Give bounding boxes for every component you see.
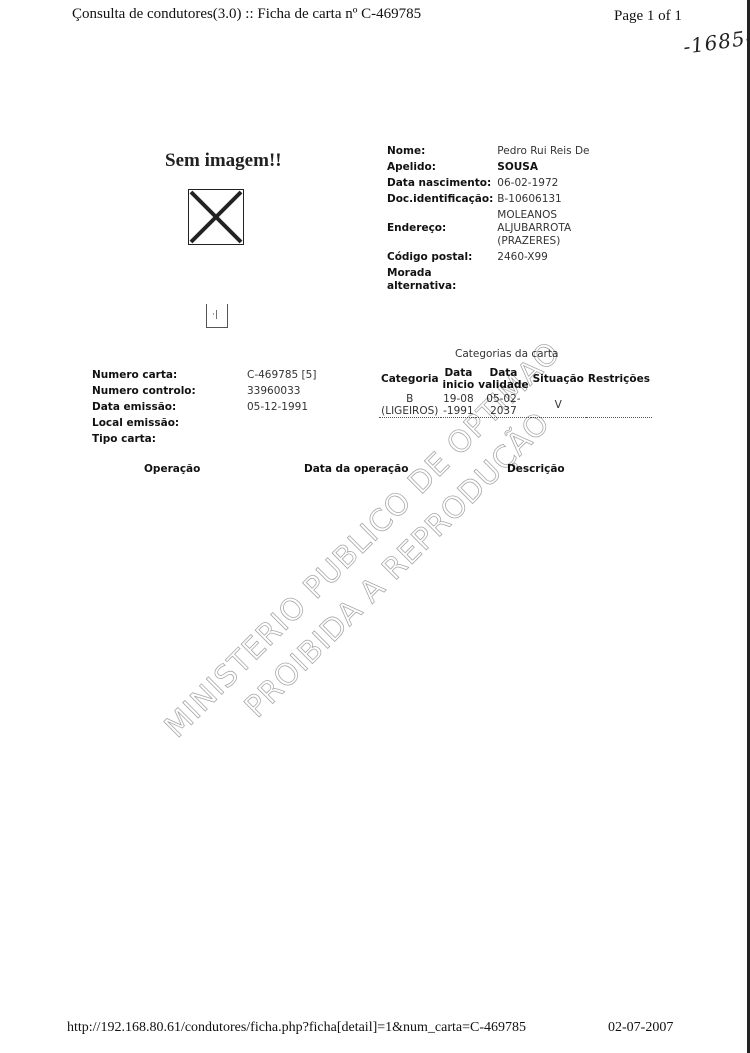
info-row: Morada alternativa: — [387, 267, 607, 296]
info-row: Endereço: MOLEANOS ALJUBARROTA (PRAZERES… — [387, 209, 607, 251]
cell-categoria: B (LIGEIROS) — [379, 391, 441, 418]
field-value-numero-controlo: 33960033 — [247, 385, 316, 401]
field-label: Numero controlo: — [92, 385, 247, 401]
field-value-doc-identificacao: B-10606131 — [497, 193, 607, 209]
field-value-morada-alternativa — [497, 267, 607, 296]
field-value-numero-carta: C-469785 [5] — [247, 369, 316, 385]
field-value-data-emissao: 05-12-1991 — [247, 401, 316, 417]
cell-restricoes — [586, 391, 652, 418]
info-row: Data emissão: 05-12-1991 — [92, 401, 316, 417]
field-value-nome: Pedro Rui Reis De — [497, 145, 607, 161]
column-header: Data inicio — [441, 367, 477, 391]
no-image-label: Sem imagem!! — [165, 150, 282, 172]
small-caret-icon: ·| — [212, 310, 218, 320]
field-label: Data emissão: — [92, 401, 247, 417]
column-header-operacao: Operação — [144, 463, 200, 475]
field-label: Nome: — [387, 145, 497, 161]
handwritten-note: -1685- — [682, 25, 750, 59]
info-row: Tipo carta: — [92, 433, 316, 449]
field-value-data-nascimento: 06-02-1972 — [497, 177, 607, 193]
license-info-table: Numero carta: C-469785 [5] Numero contro… — [92, 369, 316, 449]
personal-info-table: Nome: Pedro Rui Reis De Apelido: SOUSA D… — [387, 145, 607, 296]
column-header: Categoria — [379, 367, 441, 391]
field-label: Doc.identificação: — [387, 193, 497, 209]
field-value-endereco: MOLEANOS ALJUBARROTA (PRAZERES) — [497, 209, 607, 251]
footer-date: 02-07-2007 — [608, 1020, 673, 1036]
info-row: Apelido: SOUSA — [387, 161, 607, 177]
info-row: Data nascimento: 06-02-1972 — [387, 177, 607, 193]
field-label: Local emissão: — [92, 417, 247, 433]
field-label: Tipo carta: — [92, 433, 247, 449]
field-label: Endereço: — [387, 209, 497, 251]
info-row: Código postal: 2460-X99 — [387, 251, 607, 267]
field-label: Morada alternativa: — [387, 267, 497, 296]
field-value-codigo-postal: 2460-X99 — [497, 251, 607, 267]
field-value-tipo-carta — [247, 433, 316, 449]
image-upload-button[interactable]: ·| — [206, 304, 228, 328]
field-label: Numero carta: — [92, 369, 247, 385]
field-label: Data nascimento: — [387, 177, 497, 193]
broken-image-x-icon — [188, 189, 244, 245]
field-label: Código postal: — [387, 251, 497, 267]
info-row: Doc.identificação: B-10606131 — [387, 193, 607, 209]
info-row: Numero controlo: 33960033 — [92, 385, 316, 401]
info-row: Local emissão: — [92, 417, 316, 433]
field-label: Apelido: — [387, 161, 497, 177]
info-row: Numero carta: C-469785 [5] — [92, 369, 316, 385]
info-row: Nome: Pedro Rui Reis De — [387, 145, 607, 161]
page-indicator: Page 1 of 1 — [614, 8, 682, 25]
document-title: Çonsulta de condutores(3.0) :: Ficha de … — [72, 6, 421, 23]
footer-url: http://192.168.80.61/condutores/ficha.ph… — [67, 1020, 526, 1036]
field-value-apelido: SOUSA — [497, 161, 607, 177]
field-value-local-emissao — [247, 417, 316, 433]
column-header-data-operacao: Data da operação — [304, 463, 408, 475]
